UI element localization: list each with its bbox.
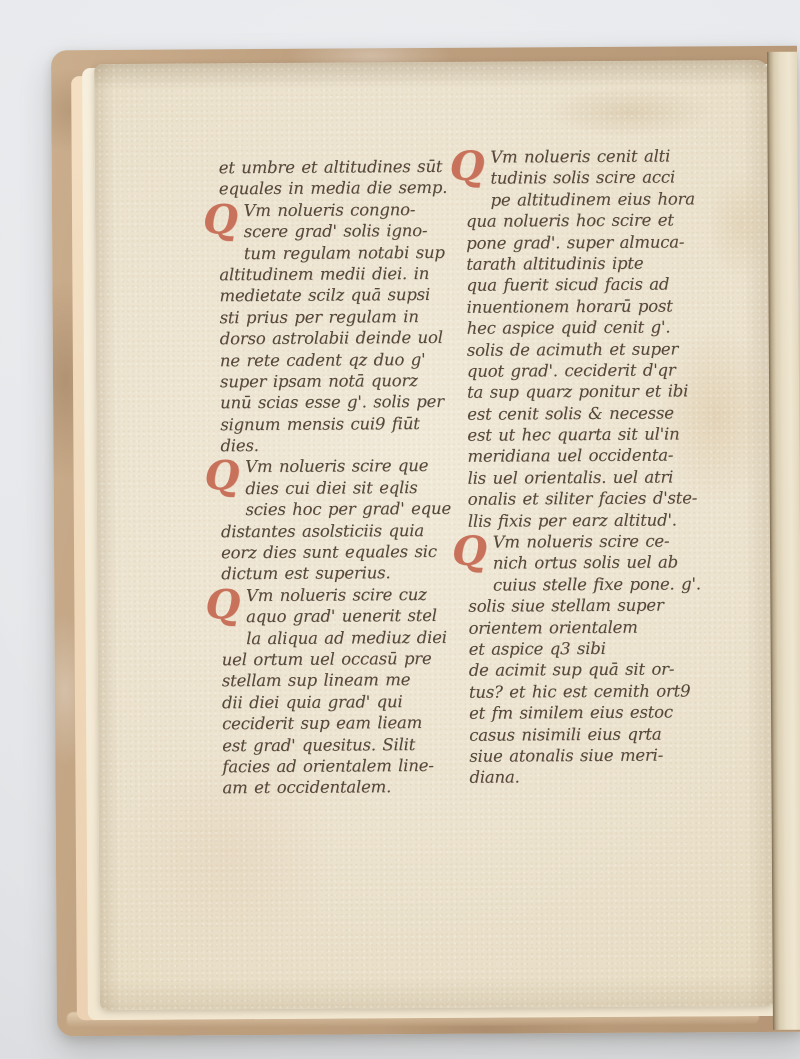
text-line: ceciderit sup eam lieam (222, 712, 466, 735)
text-line: est grad' quesitus. Silit (222, 733, 466, 756)
paragraph: QVm nolueris scire ce-nich ortus solis u… (468, 530, 730, 788)
text-line: inuentionem horarū post (467, 295, 727, 318)
text-line: solis siue stellam super (468, 594, 728, 617)
paragraph: QVm nolueris scire cuzaquo grad' uenerit… (221, 584, 466, 799)
text-line: hec aspice quid cenit g'. (467, 316, 727, 339)
rubric-initial: Q (204, 457, 245, 501)
text-line: dictum est superius. (221, 562, 465, 585)
rubric-initial: Q (450, 147, 491, 191)
text-line: tudinis solis scire acci (466, 167, 726, 190)
photo-background: et umbre et altitudines sūtequales in me… (0, 0, 800, 1059)
facing-page-gutter (767, 52, 800, 1030)
text-line: llis fixis per earz altitud'. (468, 509, 728, 532)
text-line: siue atonalis siue meri- (469, 744, 729, 767)
text-line: facies ad orientalem line- (222, 755, 466, 778)
text-line: casus nisimili eius qrta (469, 723, 729, 746)
text-line: de acimit sup quā sit or- (469, 659, 729, 682)
text-line: est ut hec quarta sit ul'in (467, 423, 727, 446)
paragraph: et umbre et altitudines sūtequales in me… (219, 156, 463, 200)
text-line: medietate scilz quā supsi (219, 284, 463, 307)
text-line: la aliqua ad mediuz diei (222, 626, 466, 649)
text-line: scere grad' solis igno- (219, 220, 463, 243)
page-stain (514, 76, 744, 147)
text-line: distantes asolsticiis quia (221, 519, 465, 542)
text-line: et fm similem eius estoc (469, 701, 729, 724)
text-line: Vm nolueris scire ce- (468, 530, 728, 553)
text-line: quot grad'. ceciderit d'qr (467, 359, 727, 382)
text-line: scies hoc per grad' eque (221, 498, 465, 521)
text-line: sti prius per regulam in (220, 306, 464, 329)
text-line: Vm nolueris scire cuz (221, 584, 465, 607)
text-column-right: QVm nolueris cenit altitudinis solis sci… (466, 145, 730, 788)
text-line: super ipsam notā quorz (220, 370, 464, 393)
text-line: qua nolueris hoc scire et (466, 209, 726, 232)
paragraph: QVm nolueris cenit altitudinis solis sci… (466, 145, 728, 532)
text-column-left: et umbre et altitudines sūtequales in me… (219, 156, 467, 799)
text-line: Vm nolueris congno- (219, 199, 463, 222)
text-line: solis de acimuth et super (467, 338, 727, 361)
text-line: uel ortum uel occasū pre (222, 648, 466, 671)
text-line: signum mensis cui9 fiūt (220, 412, 464, 435)
rubric-initial: Q (452, 532, 493, 576)
text-line: ne rete cadent qz duo g' (220, 348, 464, 371)
text-line: am et occidentalem. (222, 776, 466, 799)
text-line: nich ortus solis uel ab (468, 552, 728, 575)
text-line: orientem orientalem (468, 616, 728, 639)
text-line: lis uel orientalis. uel atri (468, 466, 728, 489)
text-line: pone grad'. super almuca- (466, 231, 726, 254)
book-cover: et umbre et altitudines sūtequales in me… (51, 46, 800, 1037)
text-line: equales in media die semp. (219, 177, 463, 200)
text-line: diana. (469, 765, 729, 788)
text-line: dies cui diei sit eqlis (221, 477, 465, 500)
text-line: onalis et siliter facies d'ste- (468, 487, 728, 510)
paragraph: QVm nolueris scire quedies cui diei sit … (220, 455, 465, 585)
text-line: unū scias esse g'. solis per (220, 391, 464, 414)
paragraph: QVm nolueris congno-scere grad' solis ig… (219, 199, 465, 457)
rubric-initial: Q (205, 585, 246, 629)
text-line: eorz dies sunt equales sic (221, 541, 465, 564)
text-line: Vm nolueris scire que (220, 455, 464, 478)
text-line: meridiana uel occidenta- (467, 445, 727, 468)
text-line: pe altitudinem eius hora (466, 188, 726, 211)
text-line: tum regulam notabi sup (219, 241, 463, 264)
text-line: altitudinem medii diei. in (219, 263, 463, 286)
text-line: ta sup quarz ponitur et ibi (467, 380, 727, 403)
text-line: stellam sup lineam me (222, 669, 466, 692)
text-line: aquo grad' uenerit stel (221, 605, 465, 628)
text-line: tus? et hic est cemith ort9 (469, 680, 729, 703)
text-line: et umbre et altitudines sūt (219, 156, 463, 179)
text-line: est cenit solis & necesse (467, 402, 727, 425)
text-line: dies. (220, 434, 464, 457)
text-line: dii diei quia grad' qui (222, 691, 466, 714)
text-line: Vm nolueris cenit alti (466, 145, 726, 168)
text-line: tarath altitudinis ipte (466, 252, 726, 275)
manuscript-page: et umbre et altitudines sūtequales in me… (94, 60, 774, 1010)
rubric-initial: Q (203, 200, 244, 244)
text-line: et aspice q3 sibi (469, 637, 729, 660)
text-line: cuius stelle fixe pone. g'. (468, 573, 728, 596)
text-line: qua fuerit sicud facis ad (466, 274, 726, 297)
text-line: dorso astrolabii deinde uol (220, 327, 464, 350)
